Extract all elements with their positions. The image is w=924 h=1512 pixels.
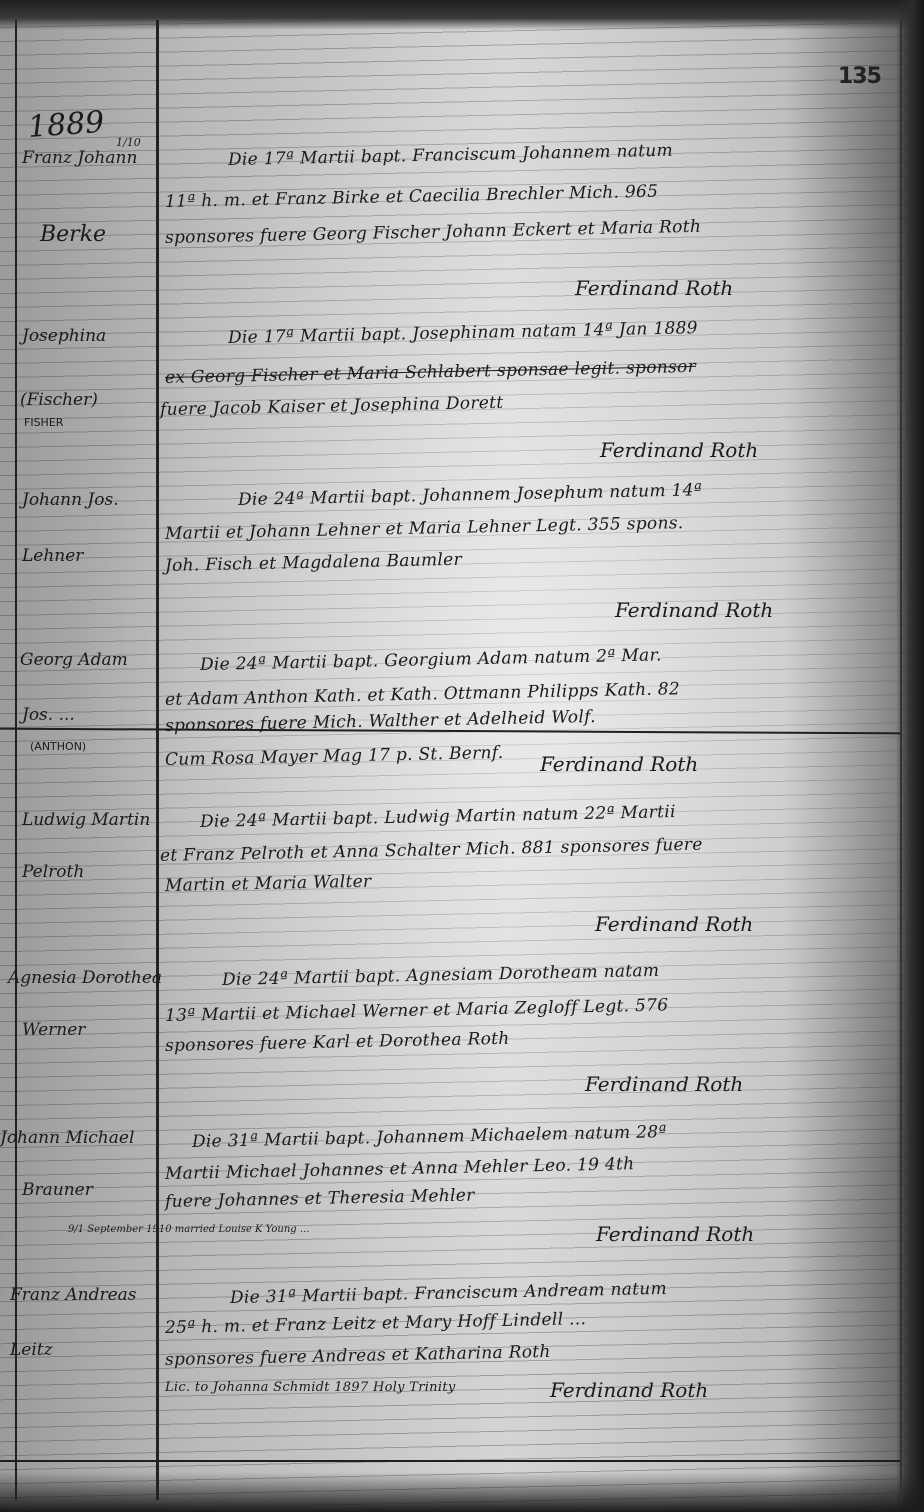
year-heading: 1889 <box>27 105 106 145</box>
scan-top-shadow <box>0 0 924 30</box>
margin-surname: Berke <box>40 222 106 247</box>
margin-surname: Pelroth <box>22 862 84 882</box>
name-column-rule <box>156 20 159 1500</box>
margin-given-name: Josephina <box>22 326 106 346</box>
entry-line: et Franz Pelroth et Anna Schalter Mich. … <box>160 835 703 866</box>
entry-line: Martii et Johann Lehner et Maria Lehner … <box>165 513 684 544</box>
outer-margin-rule <box>15 20 17 1500</box>
entry-line: Joh. Fisch et Magdalena Baumler <box>165 550 462 576</box>
entry-line: Die 24ª Martii bapt. Georgium Adam natum… <box>200 645 662 675</box>
page-bottom-rule <box>0 1460 900 1462</box>
margin-given-name: Agnesia Dorothea <box>8 968 162 988</box>
scan-bottom-shadow <box>0 1472 924 1512</box>
entry-line: Die 31ª Martii bapt. Franciscum Andream … <box>230 1279 667 1308</box>
margin-surname: Jos. ... <box>22 705 75 725</box>
margin-given-name: Franz Johann <box>22 148 137 168</box>
marriage-annotation: 9/1 September 1910 married Louise K Youn… <box>68 1224 309 1235</box>
margin-given-name: Johann Jos. <box>22 490 119 510</box>
priest-signature: Ferdinand Roth <box>540 752 698 776</box>
entry-line: sponsores fuere Andreas et Katharina Rot… <box>165 1342 551 1370</box>
entry-line: Die 24ª Martii bapt. Agnesiam Dorotheam … <box>222 961 660 990</box>
priest-signature: Ferdinand Roth <box>585 1072 743 1096</box>
entry-line: Die 24ª Martii bapt. Ludwig Martin natum… <box>200 802 676 832</box>
entry-line: sponsores fuere Georg Fischer Johann Eck… <box>165 217 702 248</box>
entry-line: Lic. to Johanna Schmidt 1897 Holy Trinit… <box>165 1380 456 1395</box>
margin-given-name: Franz Andreas <box>10 1285 137 1305</box>
entry-line: fuere Jacob Kaiser et Josephina Dorett <box>160 393 504 420</box>
entry-line: Die 31ª Martii bapt. Johannem Michaelem … <box>192 1122 667 1152</box>
margin-surname: (Fischer) <box>20 390 98 410</box>
right-margin-rule <box>900 20 902 1500</box>
entry-line: ex Georg Fischer et Maria Schlabert spon… <box>165 357 696 388</box>
priest-signature: Ferdinand Roth <box>595 912 753 936</box>
margin-annotation: (ANTHON) <box>30 740 86 753</box>
entry-line: fuere Johannes et Theresia Mehler <box>165 1186 475 1212</box>
margin-annotation: FISHER <box>24 416 63 429</box>
margin-given-name: Ludwig Martin <box>22 810 150 830</box>
priest-signature: Ferdinand Roth <box>600 438 758 462</box>
entry-line: et Adam Anthon Kath. et Kath. Ottmann Ph… <box>165 679 680 710</box>
priest-signature: Ferdinand Roth <box>575 276 733 300</box>
entry-line: 11ª h. m. et Franz Birke et Caecilia Bre… <box>165 182 659 212</box>
priest-signature: Ferdinand Roth <box>596 1222 754 1246</box>
register-page: 135 1889 1/10 Franz Johann Berke Die 17ª… <box>0 0 924 1512</box>
entry-line: 25ª h. m. et Franz Leitz et Mary Hoff Li… <box>165 1309 587 1338</box>
priest-signature: Ferdinand Roth <box>550 1378 708 1402</box>
margin-surname: Leitz <box>10 1340 53 1360</box>
entry-line: Cum Rosa Mayer Mag 17 p. St. Bernf. <box>165 743 504 770</box>
margin-surname: Brauner <box>22 1180 93 1200</box>
priest-signature: Ferdinand Roth <box>615 598 773 622</box>
entry-line: Martin et Maria Walter <box>165 872 372 896</box>
entry-line: Die 24ª Martii bapt. Johannem Josephum n… <box>238 480 703 510</box>
page-number: 135 <box>838 64 881 89</box>
margin-surname: Lehner <box>22 546 83 566</box>
margin-given-name: Georg Adam <box>20 650 128 670</box>
entry-line: Martii Michael Johannes et Anna Mehler L… <box>165 1154 635 1184</box>
entry-line: 13ª Martii et Michael Werner et Maria Ze… <box>165 995 669 1026</box>
entry-line: Die 17ª Martii bapt. Josephinam natam 14… <box>228 318 698 348</box>
entry-line: Die 17ª Martii bapt. Franciscum Johannem… <box>228 141 673 170</box>
margin-given-name: Johann Michael <box>0 1128 134 1148</box>
margin-surname: Werner <box>22 1020 85 1040</box>
entry-line: sponsores fuere Karl et Dorothea Roth <box>165 1029 510 1056</box>
